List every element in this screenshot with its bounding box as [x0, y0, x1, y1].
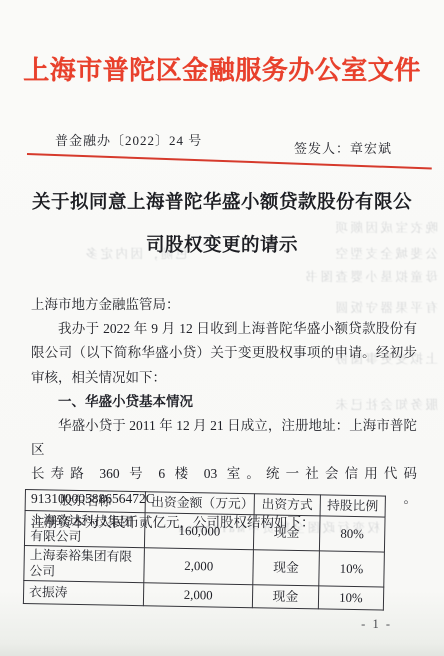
- column-header: 出资金额（万元）: [146, 492, 255, 515]
- shareholder-table: 股东名称 出资金额（万元） 出资方式 持股比例 上海致达科技集团有限公司 160…: [23, 489, 386, 611]
- signer: 签发人：章宏斌: [294, 138, 392, 157]
- cell-shareholder: 上海致达科技集团有限公司: [24, 511, 145, 548]
- doc-number: 普金融办〔2022〕24 号: [55, 130, 202, 149]
- scanned-document-page: 上海市普陀区金融服务办公室文件 普金融办〔2022〕24 号 签发人：章宏斌 关…: [0, 0, 444, 656]
- cell-method: 现金: [253, 515, 320, 551]
- column-header: 股东名称: [25, 490, 146, 513]
- paragraph-line: 我办于 2022 年 9 月 12 日收到上海普陀华盛小额贷款股份有: [31, 317, 417, 341]
- paragraph-line: 限公司（以下简称华盛小贷）关于变更股权事项的申请。经初步: [31, 341, 417, 365]
- paragraph-line: 华盛小贷于 2011 年 12 月 21 日成立，注册地址：上海市普陀区: [31, 414, 417, 462]
- paragraph-line: 审核，相关情况如下：: [31, 366, 417, 390]
- column-header: 出资方式: [254, 494, 320, 516]
- cell-method: 现金: [253, 550, 320, 586]
- section-heading: 一、华盛小贷基本情况: [31, 390, 417, 414]
- cell-percent: 80%: [319, 516, 385, 552]
- salutation: 上海市地方金融监管局：: [31, 293, 417, 317]
- cell-shareholder: 衣振涛: [23, 580, 144, 605]
- cell-percent: 10%: [319, 551, 385, 587]
- page-number: - 1 -: [361, 617, 392, 632]
- cell-amount: 2,000: [144, 548, 253, 585]
- cell-amount: 160,000: [145, 513, 254, 550]
- cell-amount: 2,000: [144, 583, 253, 608]
- doc-meta-row: 普金融办〔2022〕24 号 签发人：章宏斌: [0, 128, 444, 156]
- document-title: 关于拟同意上海普陀华盛小额贷款股份有限公 司股权变更的请示: [0, 182, 444, 268]
- bleedthrough-artifact: 母童拟垦小婴查图书: [240, 270, 438, 284]
- document-title-line: 司股权变更的请示: [0, 225, 444, 268]
- document-title-line: 关于拟同意上海普陀华盛小额贷款股份有限公: [0, 182, 444, 225]
- cell-shareholder: 上海泰裕集团有限公司: [24, 545, 145, 582]
- column-header: 持股比例: [320, 495, 386, 517]
- cell-method: 现金: [252, 585, 318, 609]
- issuer-banner: 上海市普陀区金融服务办公室文件: [0, 50, 444, 87]
- cell-percent: 10%: [318, 586, 384, 610]
